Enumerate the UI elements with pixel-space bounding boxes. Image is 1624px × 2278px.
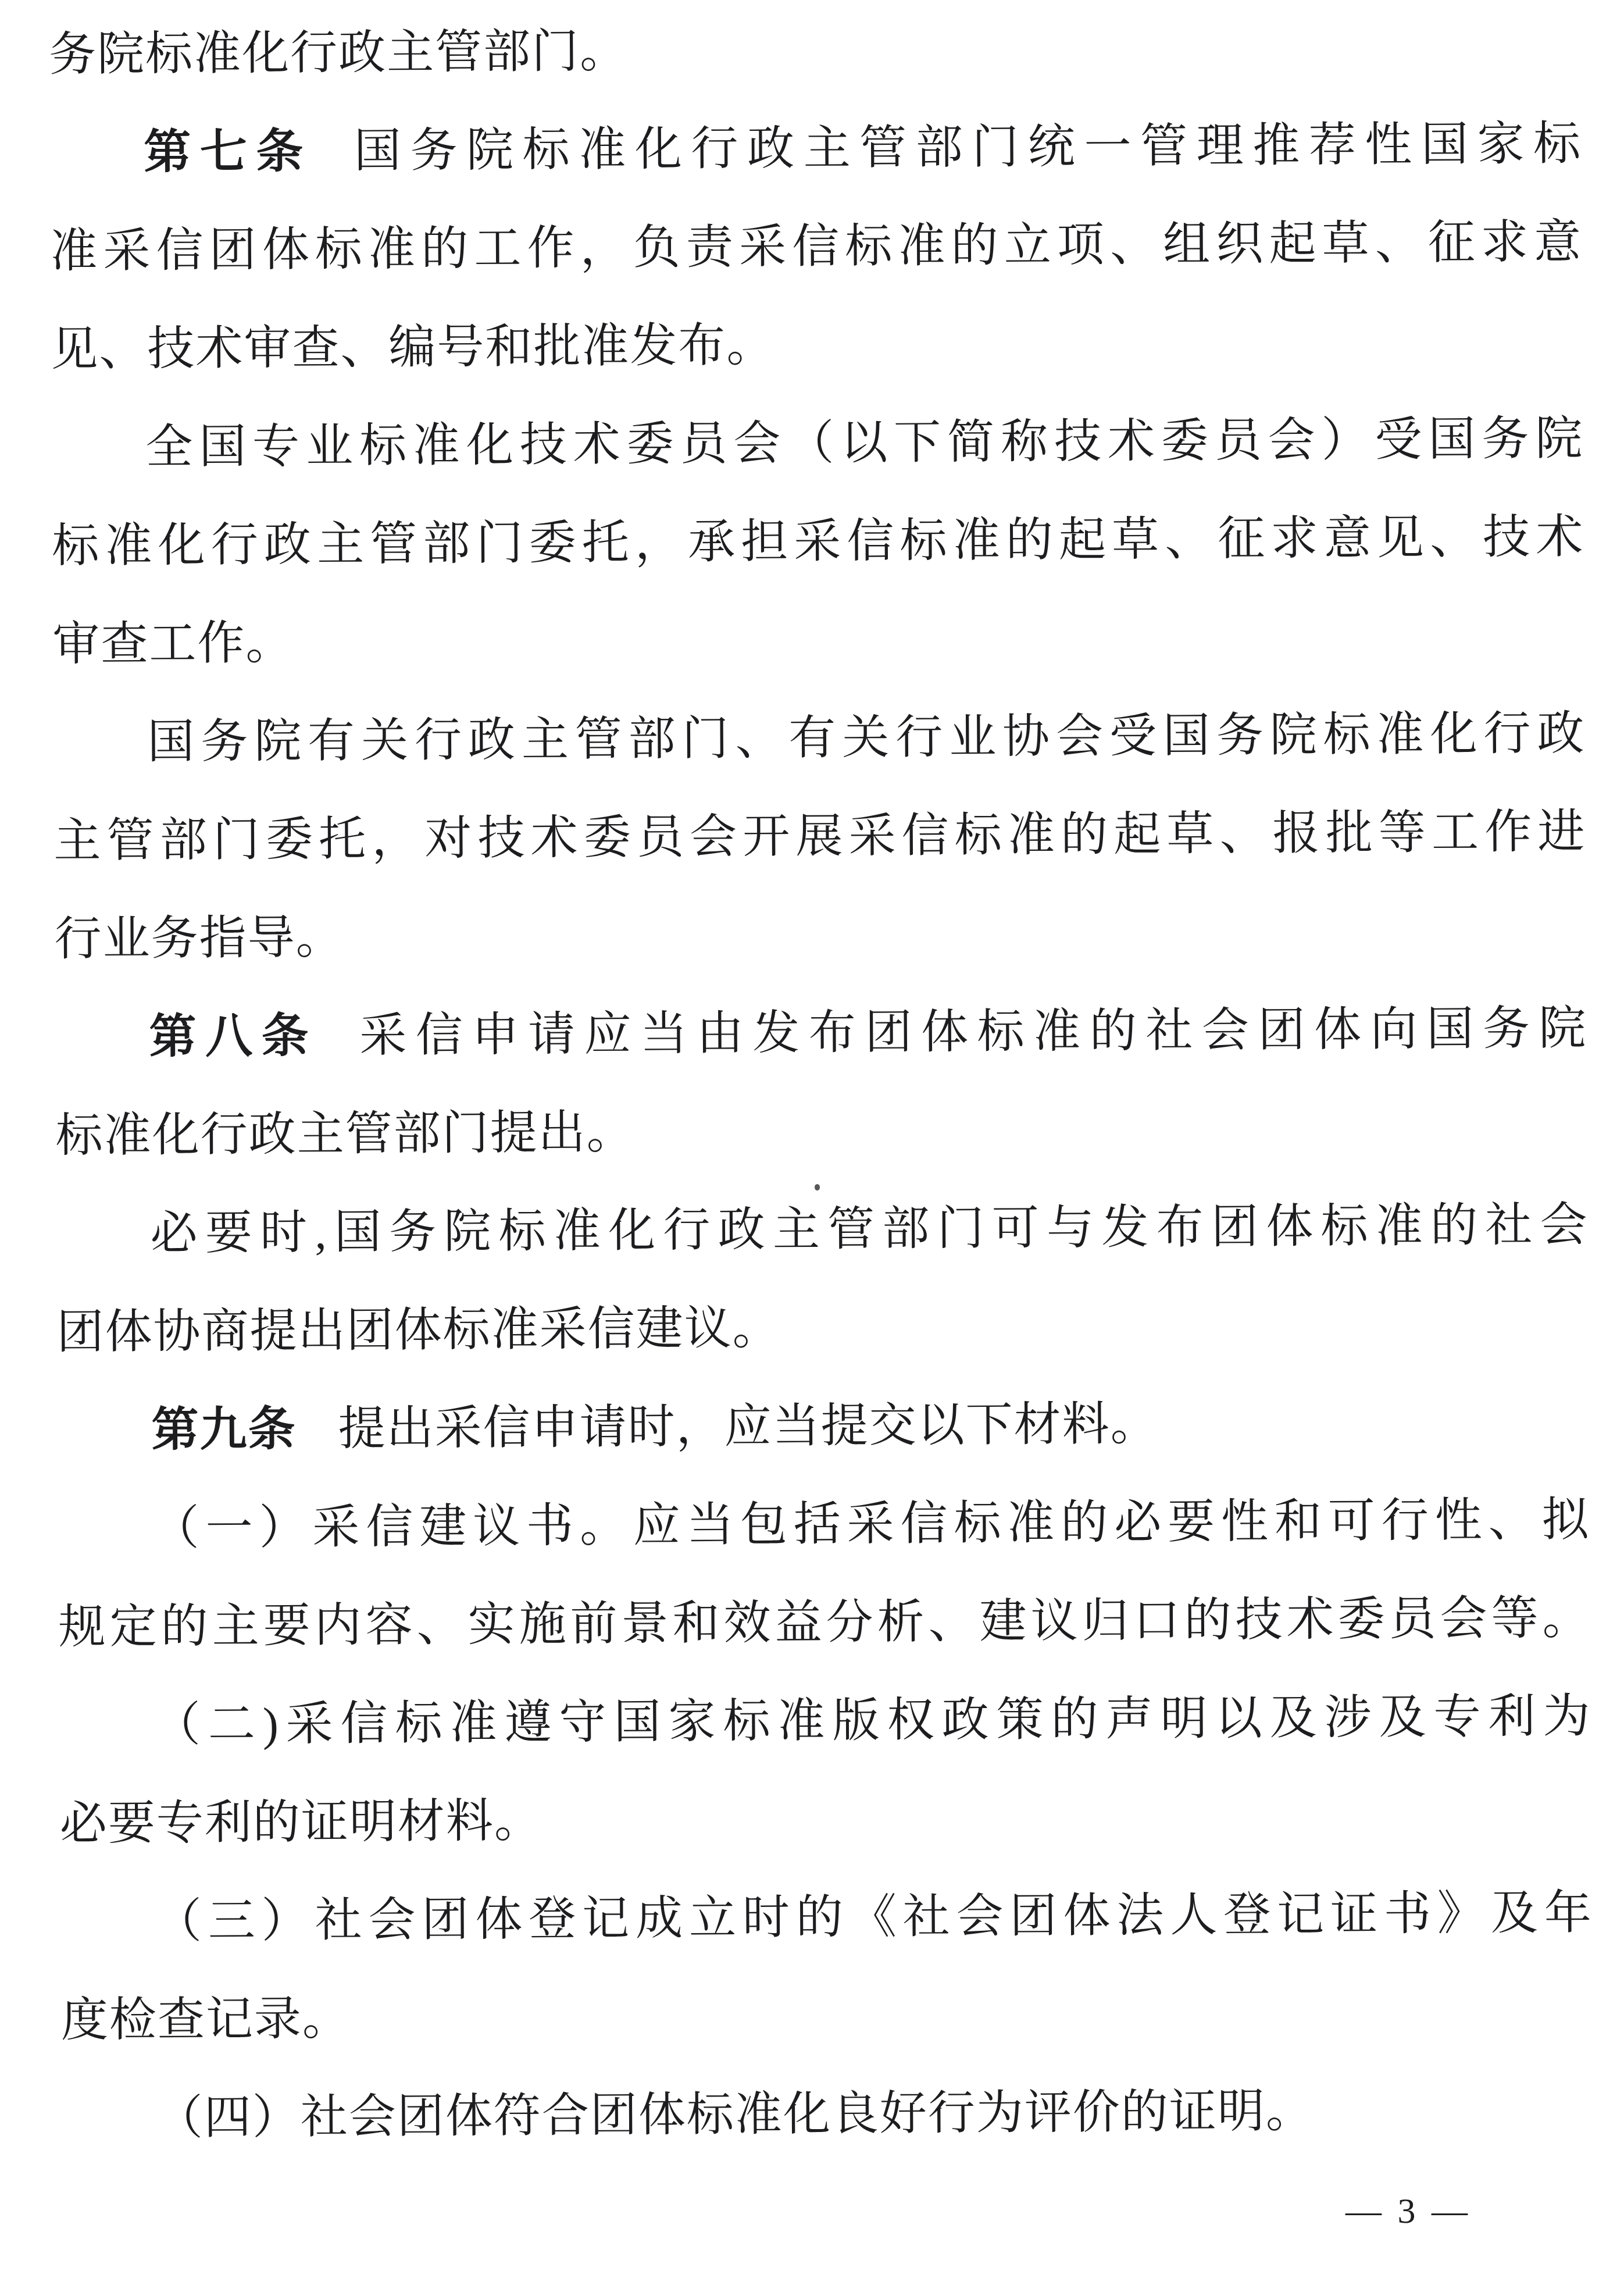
page-number: — 3 — [1345, 2182, 1471, 2240]
text-line: 全国专业标准化技术委员会（以下简称技术委员会）受国务院 [51, 390, 1583, 497]
text-line: 团体协商提出团体标准采信建议。 [56, 1274, 1588, 1382]
text-line: 规定的主要内容、实施前景和效益分析、建议归口的技术委员会等。 [58, 1569, 1590, 1677]
text-line: 主管部门委托，对技术委员会开展采信标准的起草、报批等工作进 [53, 783, 1585, 890]
line-text: 规定的主要内容、实施前景和效益分析、建议归口的技术委员会等。 [58, 1592, 1590, 1653]
text-line: 必要时,国务院标准化行政主管部门可与发布团体标准的社会 [56, 1176, 1587, 1284]
text-line: （二)采信标准遵守国家标准版权政策的声明以及涉及专利为 [59, 1667, 1590, 1775]
line-text: 团体协商提出团体标准采信建议。 [56, 1302, 781, 1359]
line-text: 全国专业标准化技术委员会（以下简称技术委员会）受国务院 [145, 412, 1583, 473]
line-text: 审查工作。 [52, 617, 294, 671]
text-line: 必要专利的证明材料。 [59, 1766, 1591, 1873]
line-text: 行业务指导。 [54, 911, 344, 965]
line-text: 必要时,国务院标准化行政主管部门可与发布团体标准的社会 [150, 1199, 1587, 1260]
text-line: 准采信团体标准的工作，负责采信标准的立项、组织起草、征求意 [50, 193, 1582, 301]
line-text: 度检查记录。 [61, 1992, 351, 2047]
line-text: 必要专利的证明材料。 [59, 1795, 542, 1850]
line-text: （二)采信标准遵守国家标准版权政策的声明以及涉及专利为 [153, 1690, 1590, 1751]
line-text: （三）社会团体登记成立时的《社会团体法人登记证书》及年 [155, 1887, 1592, 1948]
text-line: 务院标准化行政主管部门。 [49, 0, 1580, 104]
text-line: 度检查记录。 [60, 1962, 1592, 2070]
line-text: （四）社会团体符合团体标准化良好行为评价的证明。 [156, 2085, 1315, 2144]
line-text: 提出采信申请时，应当提交以下材料。 [338, 1398, 1159, 1455]
line-text: 国务院有关行政主管部门、有关行业协会受国务院标准化行政 [147, 707, 1584, 768]
article-number: 第九条 [151, 1403, 297, 1457]
document-page: 务院标准化行政主管部门。第七条国务院标准化行政主管部门统一管理推荐性国家标准采信… [0, 0, 1624, 2278]
text-line: 标准化行政主管部门委托，承担采信标准的起草、征求意见、技术 [52, 488, 1583, 596]
line-text: 准采信团体标准的工作，负责采信标准的立项、组织起草、征求意 [50, 216, 1582, 277]
article-number: 第八条 [149, 1010, 317, 1063]
line-text: （一）采信建议书。应当包括采信标准的必要性和可行性、拟 [152, 1493, 1589, 1555]
article-heading-line: 第八条采信申请应当由发布团体标准的社会团体向国务院 [55, 979, 1586, 1087]
text-line: 标准化行政主管部门提出。 [55, 1078, 1587, 1185]
line-text: 国务院标准化行政主管部门统一管理推荐性国家标 [354, 117, 1581, 177]
line-text: 标准化行政主管部门委托，承担采信标准的起草、征求意见、技术 [52, 511, 1583, 572]
text-block: 务院标准化行政主管部门。第七条国务院标准化行政主管部门统一管理推荐性国家标准采信… [49, 0, 1593, 2168]
article-heading-line: 第七条国务院标准化行政主管部门统一管理推荐性国家标 [49, 95, 1581, 202]
article-heading-line: 第九条提出采信申请时，应当提交以下材料。 [57, 1372, 1589, 1480]
text-line: （四）社会团体符合团体标准化良好行为评价的证明。 [61, 2060, 1593, 2168]
text-line: （一）采信建议书。应当包括采信标准的必要性和可行性、拟 [58, 1471, 1589, 1578]
line-text: 标准化行政主管部门提出。 [55, 1106, 635, 1162]
text-line: 行业务指导。 [54, 881, 1586, 989]
line-text: 务院标准化行政主管部门。 [49, 25, 629, 81]
line-text: 见、技术审查、编号和批准发布。 [51, 319, 775, 376]
line-text: 采信申请应当由发布团体标准的社会团体向国务院 [359, 1002, 1586, 1062]
text-line: 国务院有关行政主管部门、有关行业协会受国务院标准化行政 [53, 685, 1584, 792]
text-line: 审查工作。 [52, 586, 1584, 694]
scan-speck [815, 1184, 820, 1190]
article-number: 第七条 [144, 125, 312, 179]
text-line: （三）社会团体登记成立时的《社会团体法人登记证书》及年 [60, 1864, 1591, 1972]
text-line: 见、技术审查、编号和批准发布。 [51, 291, 1582, 399]
line-text: 主管部门委托，对技术委员会开展采信标准的起草、报批等工作进 [53, 805, 1585, 867]
